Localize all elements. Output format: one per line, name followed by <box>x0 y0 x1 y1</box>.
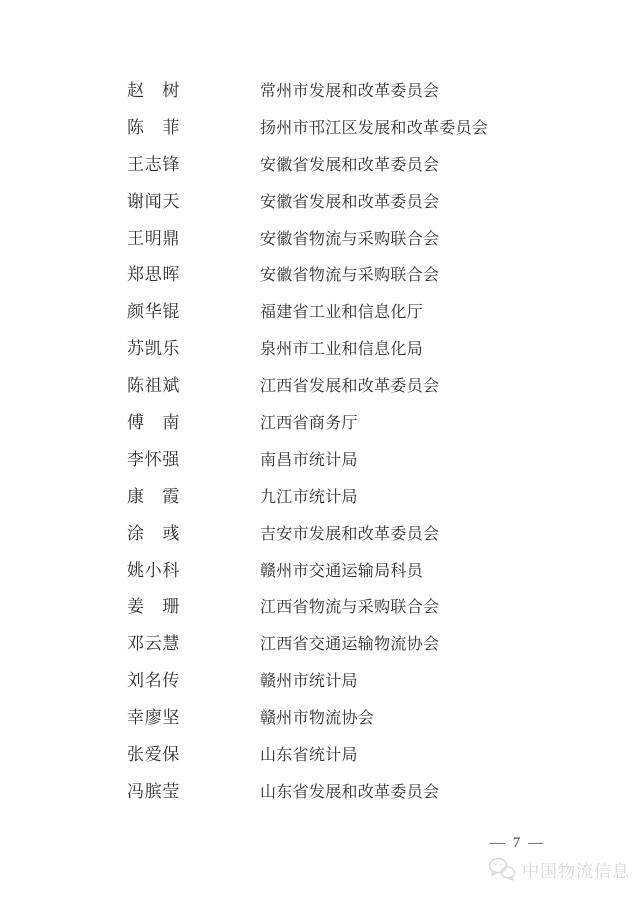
roster-row: 颜华锟 福建省工业和信息化厅 <box>0 302 640 339</box>
roster-row: 姚小科 赣州市交通运输局科员 <box>0 561 640 598</box>
person-name: 陈 菲 <box>127 118 180 138</box>
attendee-roster: 赵 树 常州市发展和改革委员会 陈 菲 扬州市邗江区发展和改革委员会 王志锋 安… <box>0 81 640 819</box>
organization-name: 吉安市发展和改革委员会 <box>260 525 439 545</box>
organization-name: 扬州市邗江区发展和改革委员会 <box>260 119 488 139</box>
roster-row: 苏凯乐 泉州市工业和信息化局 <box>0 339 640 376</box>
person-name: 姚小科 <box>127 561 180 581</box>
organization-name: 安徽省发展和改革委员会 <box>260 193 439 213</box>
organization-name: 南昌市统计局 <box>260 451 358 471</box>
organization-name: 江西省商务厅 <box>260 414 358 434</box>
roster-row: 邓云慧 江西省交通运输物流协会 <box>0 634 640 671</box>
organization-name: 安徽省物流与采购联合会 <box>260 266 439 286</box>
roster-row: 刘名传 赣州市统计局 <box>0 671 640 708</box>
roster-row: 李怀强 南昌市统计局 <box>0 450 640 487</box>
person-name: 幸廖坚 <box>127 708 180 728</box>
organization-name: 常州市发展和改革委员会 <box>260 82 439 102</box>
roster-row: 傅 南 江西省商务厅 <box>0 413 640 450</box>
roster-row: 张爱保 山东省统计局 <box>0 745 640 782</box>
person-name: 姜 珊 <box>127 597 180 617</box>
organization-name: 山东省统计局 <box>260 746 358 766</box>
person-name: 康 霞 <box>127 487 180 507</box>
roster-row: 赵 树 常州市发展和改革委员会 <box>0 81 640 118</box>
person-name: 陈祖斌 <box>127 376 180 396</box>
roster-row: 陈祖斌 江西省发展和改革委员会 <box>0 376 640 413</box>
organization-name: 江西省物流与采购联合会 <box>260 598 439 618</box>
organization-name: 山东省发展和改革委员会 <box>260 783 439 803</box>
roster-row: 郑思晖 安徽省物流与采购联合会 <box>0 265 640 302</box>
organization-name: 安徽省物流与采购联合会 <box>260 230 439 250</box>
organization-name: 赣州市统计局 <box>260 672 358 692</box>
organization-name: 九江市统计局 <box>260 488 358 508</box>
roster-row: 王志锋 安徽省发展和改革委员会 <box>0 155 640 192</box>
person-name: 颜华锟 <box>127 302 180 322</box>
organization-name: 福建省工业和信息化厅 <box>260 303 423 323</box>
roster-row: 冯膑莹 山东省发展和改革委员会 <box>0 782 640 819</box>
roster-row: 陈 菲 扬州市邗江区发展和改革委员会 <box>0 118 640 155</box>
person-name: 谢闻天 <box>127 192 180 212</box>
roster-row: 谢闻天 安徽省发展和改革委员会 <box>0 192 640 229</box>
organization-name: 江西省发展和改革委员会 <box>260 377 439 397</box>
roster-row: 姜 珊 江西省物流与采购联合会 <box>0 597 640 634</box>
organization-name: 江西省交通运输物流协会 <box>260 635 439 655</box>
roster-row: 幸廖坚 赣州市物流协会 <box>0 708 640 745</box>
person-name: 涂 彧 <box>127 524 180 544</box>
person-name: 李怀强 <box>127 450 180 470</box>
person-name: 张爱保 <box>127 745 180 765</box>
person-name: 王志锋 <box>127 155 180 175</box>
person-name: 苏凯乐 <box>127 339 180 359</box>
person-name: 冯膑莹 <box>127 782 180 802</box>
organization-name: 赣州市物流协会 <box>260 709 374 729</box>
roster-row: 康 霞 九江市统计局 <box>0 487 640 524</box>
page-number: — 7 — <box>445 835 590 852</box>
person-name: 傅 南 <box>127 413 180 433</box>
watermark: 中国物流信息 <box>487 855 630 883</box>
organization-name: 赣州市交通运输局科员 <box>260 562 423 582</box>
person-name: 赵 树 <box>127 81 180 101</box>
roster-row: 涂 彧 吉安市发展和改革委员会 <box>0 524 640 561</box>
organization-name: 泉州市工业和信息化局 <box>260 340 423 360</box>
wechat-icon <box>487 855 517 883</box>
organization-name: 安徽省发展和改革委员会 <box>260 156 439 176</box>
person-name: 郑思晖 <box>127 265 180 285</box>
document-page: 赵 树 常州市发展和改革委员会 陈 菲 扬州市邗江区发展和改革委员会 王志锋 安… <box>0 0 640 905</box>
person-name: 邓云慧 <box>127 634 180 654</box>
person-name: 刘名传 <box>127 671 180 691</box>
watermark-text: 中国物流信息 <box>522 857 630 882</box>
roster-row: 王明鼎 安徽省物流与采购联合会 <box>0 229 640 266</box>
person-name: 王明鼎 <box>127 229 180 249</box>
